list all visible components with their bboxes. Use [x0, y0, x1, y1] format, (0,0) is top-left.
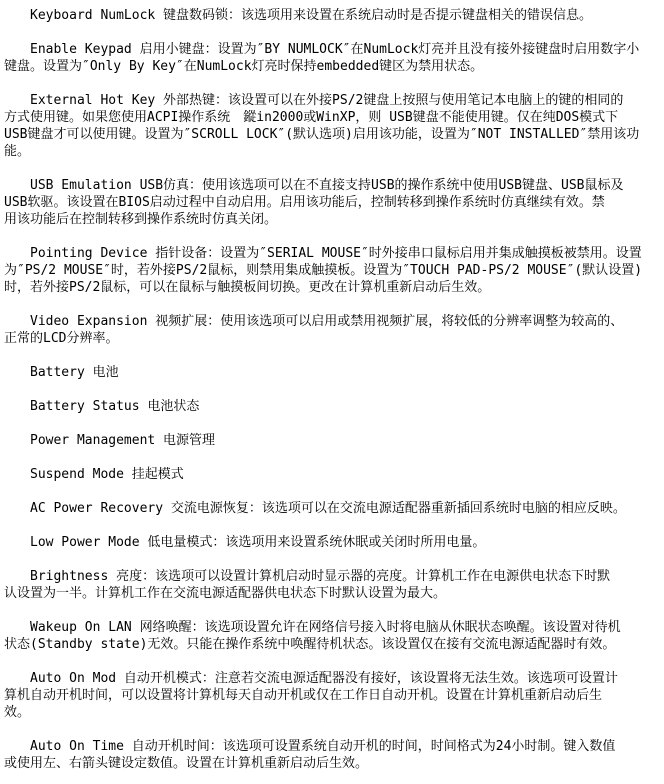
paragraph-auto-on-mod: Auto On Mod 自动开机模式：注意若交流电源适配器没有接好，该设置将无法… [4, 670, 659, 721]
heading-battery-status: Battery Status 电池状态 [4, 398, 659, 415]
heading-battery: Battery 电池 [4, 364, 659, 381]
paragraph-auto-on-time: Auto On Time 自动开机时间：该选项可设置系统自动开机的时间，时间格式… [4, 738, 659, 772]
paragraph-external-hot-key: External Hot Key 外部热键：该设置可以在外接PS/2键盘上按照与… [4, 92, 659, 160]
heading-power-management: Power Management 电源管理 [4, 432, 659, 449]
paragraph-low-power-mode: Low Power Mode 低电量模式：该选项用来设置系统休眠或关闭时所用电量… [4, 534, 659, 551]
paragraph-video-expansion: Video Expansion 视频扩展：使用该选项可以启用或禁用视频扩展，将较… [4, 313, 659, 347]
paragraph-enable-keypad: Enable Keypad 启用小键盘：设置为″BY NUMLOCK″在NumL… [4, 41, 659, 75]
paragraph-wakeup-on-lan: Wakeup On LAN 网络唤醒：该选项设置允许在网络信号接入时将电脑从休眠… [4, 619, 659, 653]
paragraph-pointing-device: Pointing Device 指针设备：设置为″SERIAL MOUSE″时外… [4, 245, 659, 296]
paragraph-keyboard-numlock: Keyboard NumLock 键盘数码锁：该选项用来设置在系统启动时是否提示… [4, 7, 659, 24]
document-body: Keyboard NumLock 键盘数码锁：该选项用来设置在系统启动时是否提示… [0, 0, 664, 772]
heading-suspend-mode: Suspend Mode 挂起模式 [4, 466, 659, 483]
paragraph-brightness: Brightness 亮度：该选项可以设置计算机启动时显示器的亮度。计算机工作在… [4, 568, 659, 602]
paragraph-usb-emulation: USB Emulation USB仿真：使用该选项可以在不直接支持USB的操作系… [4, 177, 659, 228]
paragraph-ac-power-recovery: AC Power Recovery 交流电源恢复：该选项可以在交流电源适配器重新… [4, 500, 659, 517]
